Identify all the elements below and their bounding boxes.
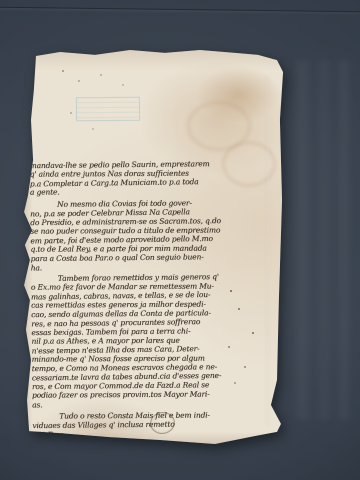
photo-vignette: [0, 0, 360, 480]
